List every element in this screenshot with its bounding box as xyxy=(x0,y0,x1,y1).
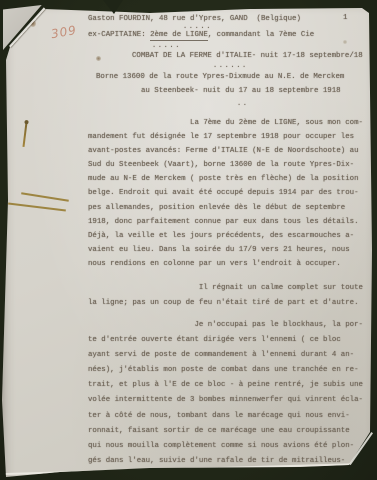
text-line: te d'entrée ouverte étant dirigée vers l… xyxy=(88,333,363,348)
separator-dots: .. xyxy=(237,100,249,108)
rank-line: ex-CAPITAINE: 2ème de LIGNE, commandant … xyxy=(88,31,314,40)
rank-unit-underlined: 2ème de LIGNE xyxy=(150,31,208,41)
text-line: 1918, donc parfaitement connue par eux d… xyxy=(88,215,363,229)
document-title: COMBAT DE LA FERME d'ITALIE- nuit 17-18 … xyxy=(132,52,363,61)
paragraph: La 7ème du 2ème de LIGNE, sous mon com-m… xyxy=(88,116,363,271)
text-line: qui nous mouilla complètement comme si n… xyxy=(88,439,363,454)
handwritten-number: 309 xyxy=(50,23,78,41)
paragraph: Il régnait un calme complet sur toutela … xyxy=(88,281,363,311)
text-line: nous rendions en colonne par un vers l'e… xyxy=(88,257,363,271)
location-line-1: Borne 13600 de la route Ypres-Dixmude au… xyxy=(96,73,344,82)
separator-dots: ..... xyxy=(152,42,181,50)
pencil-mark-vertical xyxy=(22,122,27,147)
text-line: ter à côté de nous, tombant dans le maré… xyxy=(88,409,363,424)
text-line: Déjà, la veille et les jours précédents,… xyxy=(88,229,363,243)
text-line: ronnait, faisant sortir de ce marécage u… xyxy=(88,424,363,439)
text-line: ayant servi de poste de commandement à l… xyxy=(88,348,363,363)
location-line-2: au Steenbeek- nuit du 17 au 18 septembre… xyxy=(141,87,341,96)
separator-dots: ...... xyxy=(213,62,248,70)
text-line: nées), j'établis mon poste de combat dan… xyxy=(88,363,363,378)
text-line: Il régnait un calme complet sur toute xyxy=(88,281,363,296)
separator-dots: ..... xyxy=(183,23,212,31)
text-line: la ligne; pas un coup de feu n'était tir… xyxy=(88,296,363,311)
text-line: pes allemandes, position enlevée dès le … xyxy=(88,201,363,215)
stain-mark xyxy=(343,40,347,44)
page-number: 1 xyxy=(343,14,347,23)
text-line: avant-postes avancés: Ferme d'ITALIE (N-… xyxy=(88,144,363,158)
text-line: La 7ème du 2ème de LIGNE, sous mon com- xyxy=(88,116,363,130)
text-line: volée intermittente de 3 bombes minnenwe… xyxy=(88,393,363,408)
scanned-document-photo: { "page": { "number": "1", "handwritten_… xyxy=(0,0,377,480)
pencil-mark-diagonal-1 xyxy=(21,192,69,201)
text-line: trait, et plus à l'E de ce bloc - à pein… xyxy=(88,378,363,393)
document-page: Gaston FOURDIN, 48 rue d'Ypres, GAND (Be… xyxy=(0,0,377,480)
rank-prefix: ex-CAPITAINE: xyxy=(88,31,150,39)
text-line: mude au N-E de Merckem ( poste très en f… xyxy=(88,172,363,186)
text-line: vaient eu lieu. Dans la soirée du 17/9 v… xyxy=(88,243,363,257)
text-line: Je n'occupai pas le blockhaus, la por- xyxy=(88,318,363,333)
paragraph: Je n'occupai pas le blockhaus, la por-te… xyxy=(88,318,363,469)
text-line: mandement fut désignée le 17 septembre 1… xyxy=(88,130,363,144)
pencil-mark-diagonal-2 xyxy=(8,202,66,211)
text-line: Sud du Steenbeek (Vaart), borne 13600 de… xyxy=(88,158,363,172)
rank-suffix: , commandant la 7ème Cie xyxy=(208,31,314,39)
text-line: belge. Endroit qui avait été occupé depu… xyxy=(88,186,363,200)
stain-mark xyxy=(96,56,101,61)
